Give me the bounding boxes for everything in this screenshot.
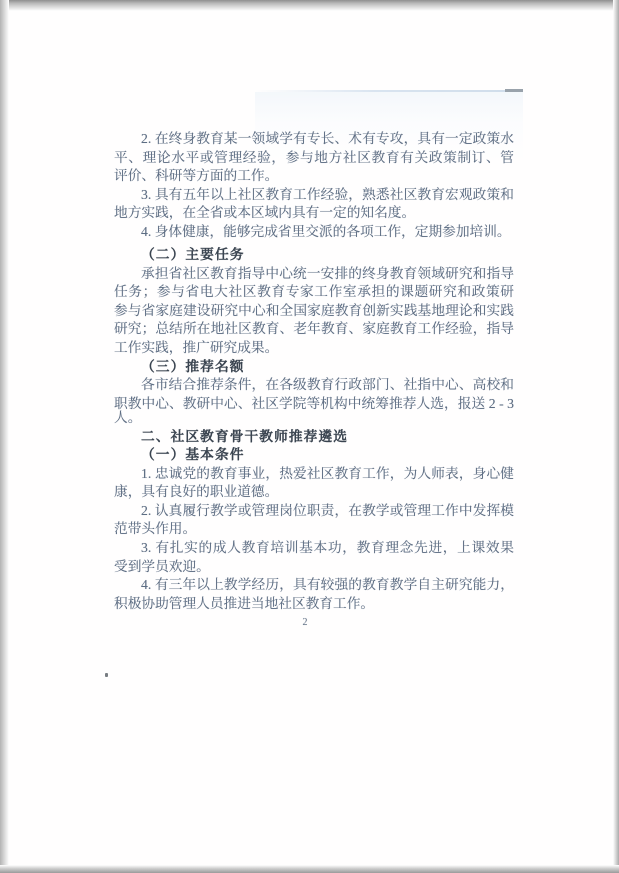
body-text-line: 积极协助管理人员推进当地社区教育工作。 bbox=[114, 595, 514, 614]
body-text-line: 参与省家庭建设研究中心和全国家庭教育创新实践基地理论和实践 bbox=[114, 302, 514, 321]
section-heading-line: （三）推荐名额 bbox=[114, 358, 514, 377]
body-text-line: 2. 在终身教育某一领域学有专长、术有专攻，具有一定政策水 bbox=[114, 130, 514, 149]
body-text-line: 1. 忠诚党的教育事业，热爱社区教育工作，为人师表，身心健 bbox=[114, 465, 514, 484]
body-text-line: 研究；总结所在地社区教育、老年教育、家庭教育工作经验，指导 bbox=[114, 320, 514, 339]
body-text-line: 平、理论水平或管理经验，参与地方社区教育有关政策制订、管理、 bbox=[114, 149, 514, 168]
body-text-line: 职教中心、教研中心、社区学院等机构中统筹推荐人选，报送 2 - 3 bbox=[114, 395, 514, 414]
body-text-line: 评价、科研等方面的工作。 bbox=[114, 167, 514, 186]
body-text-line: 承担省社区教育指导中心统一安排的终身教育领域研究和指导 bbox=[114, 265, 514, 284]
document-page: 2. 在终身教育某一领域学有专长、术有专攻，具有一定政策水 平、理论水平或管理经… bbox=[9, 11, 613, 865]
scan-artifact-dash bbox=[505, 89, 523, 92]
document-body: 2. 在终身教育某一领域学有专长、术有专攻，具有一定政策水 平、理论水平或管理经… bbox=[114, 130, 514, 633]
body-text-line: 3. 具有五年以上社区教育工作经验，熟悉社区教育宏观政策和 bbox=[114, 186, 514, 205]
body-text-line: 任务；参与省电大社区教育专家工作室承担的课题研究和政策研究； bbox=[114, 283, 514, 302]
page-number: 2 bbox=[105, 614, 505, 633]
body-text-line: 地方实践，在全省或本区域内具有一定的知名度。 bbox=[114, 204, 514, 223]
body-text-line: 4. 身体健康，能够完成省里交派的各项工作，定期参加培训。 bbox=[114, 223, 514, 242]
body-text-line: 2. 认真履行教学或管理岗位职责，在教学或管理工作中发挥模 bbox=[114, 502, 514, 521]
body-text-line: 范带头作用。 bbox=[114, 520, 514, 539]
body-text-line: 各市结合推荐条件，在各级教育行政部门、社指中心、高校和 bbox=[114, 376, 514, 395]
body-text-line: 4. 有三年以上教学经历，具有较强的教育教学自主研究能力， bbox=[114, 576, 514, 595]
scan-artifact-speck bbox=[105, 673, 108, 677]
scan-edge-top bbox=[0, 0, 619, 11]
body-text-line: 工作实践，推广研究成果。 bbox=[114, 339, 514, 358]
body-text-line: 康，具有良好的职业道德。 bbox=[114, 483, 514, 502]
scan-edge-bottom bbox=[0, 865, 619, 873]
section-heading-line: （一）基本条件 bbox=[114, 446, 514, 465]
scan-edge-right bbox=[613, 0, 619, 873]
body-text-line: 受到学员欢迎。 bbox=[114, 558, 514, 577]
body-text-line: 3. 有扎实的成人教育培训基本功，教育理念先进，上课效果好， bbox=[114, 539, 514, 558]
section-heading-line: （二）主要任务 bbox=[114, 246, 514, 265]
scan-edge-left bbox=[0, 0, 9, 873]
section-heading-line: 二、社区教育骨干教师推荐遴选 bbox=[114, 428, 514, 447]
